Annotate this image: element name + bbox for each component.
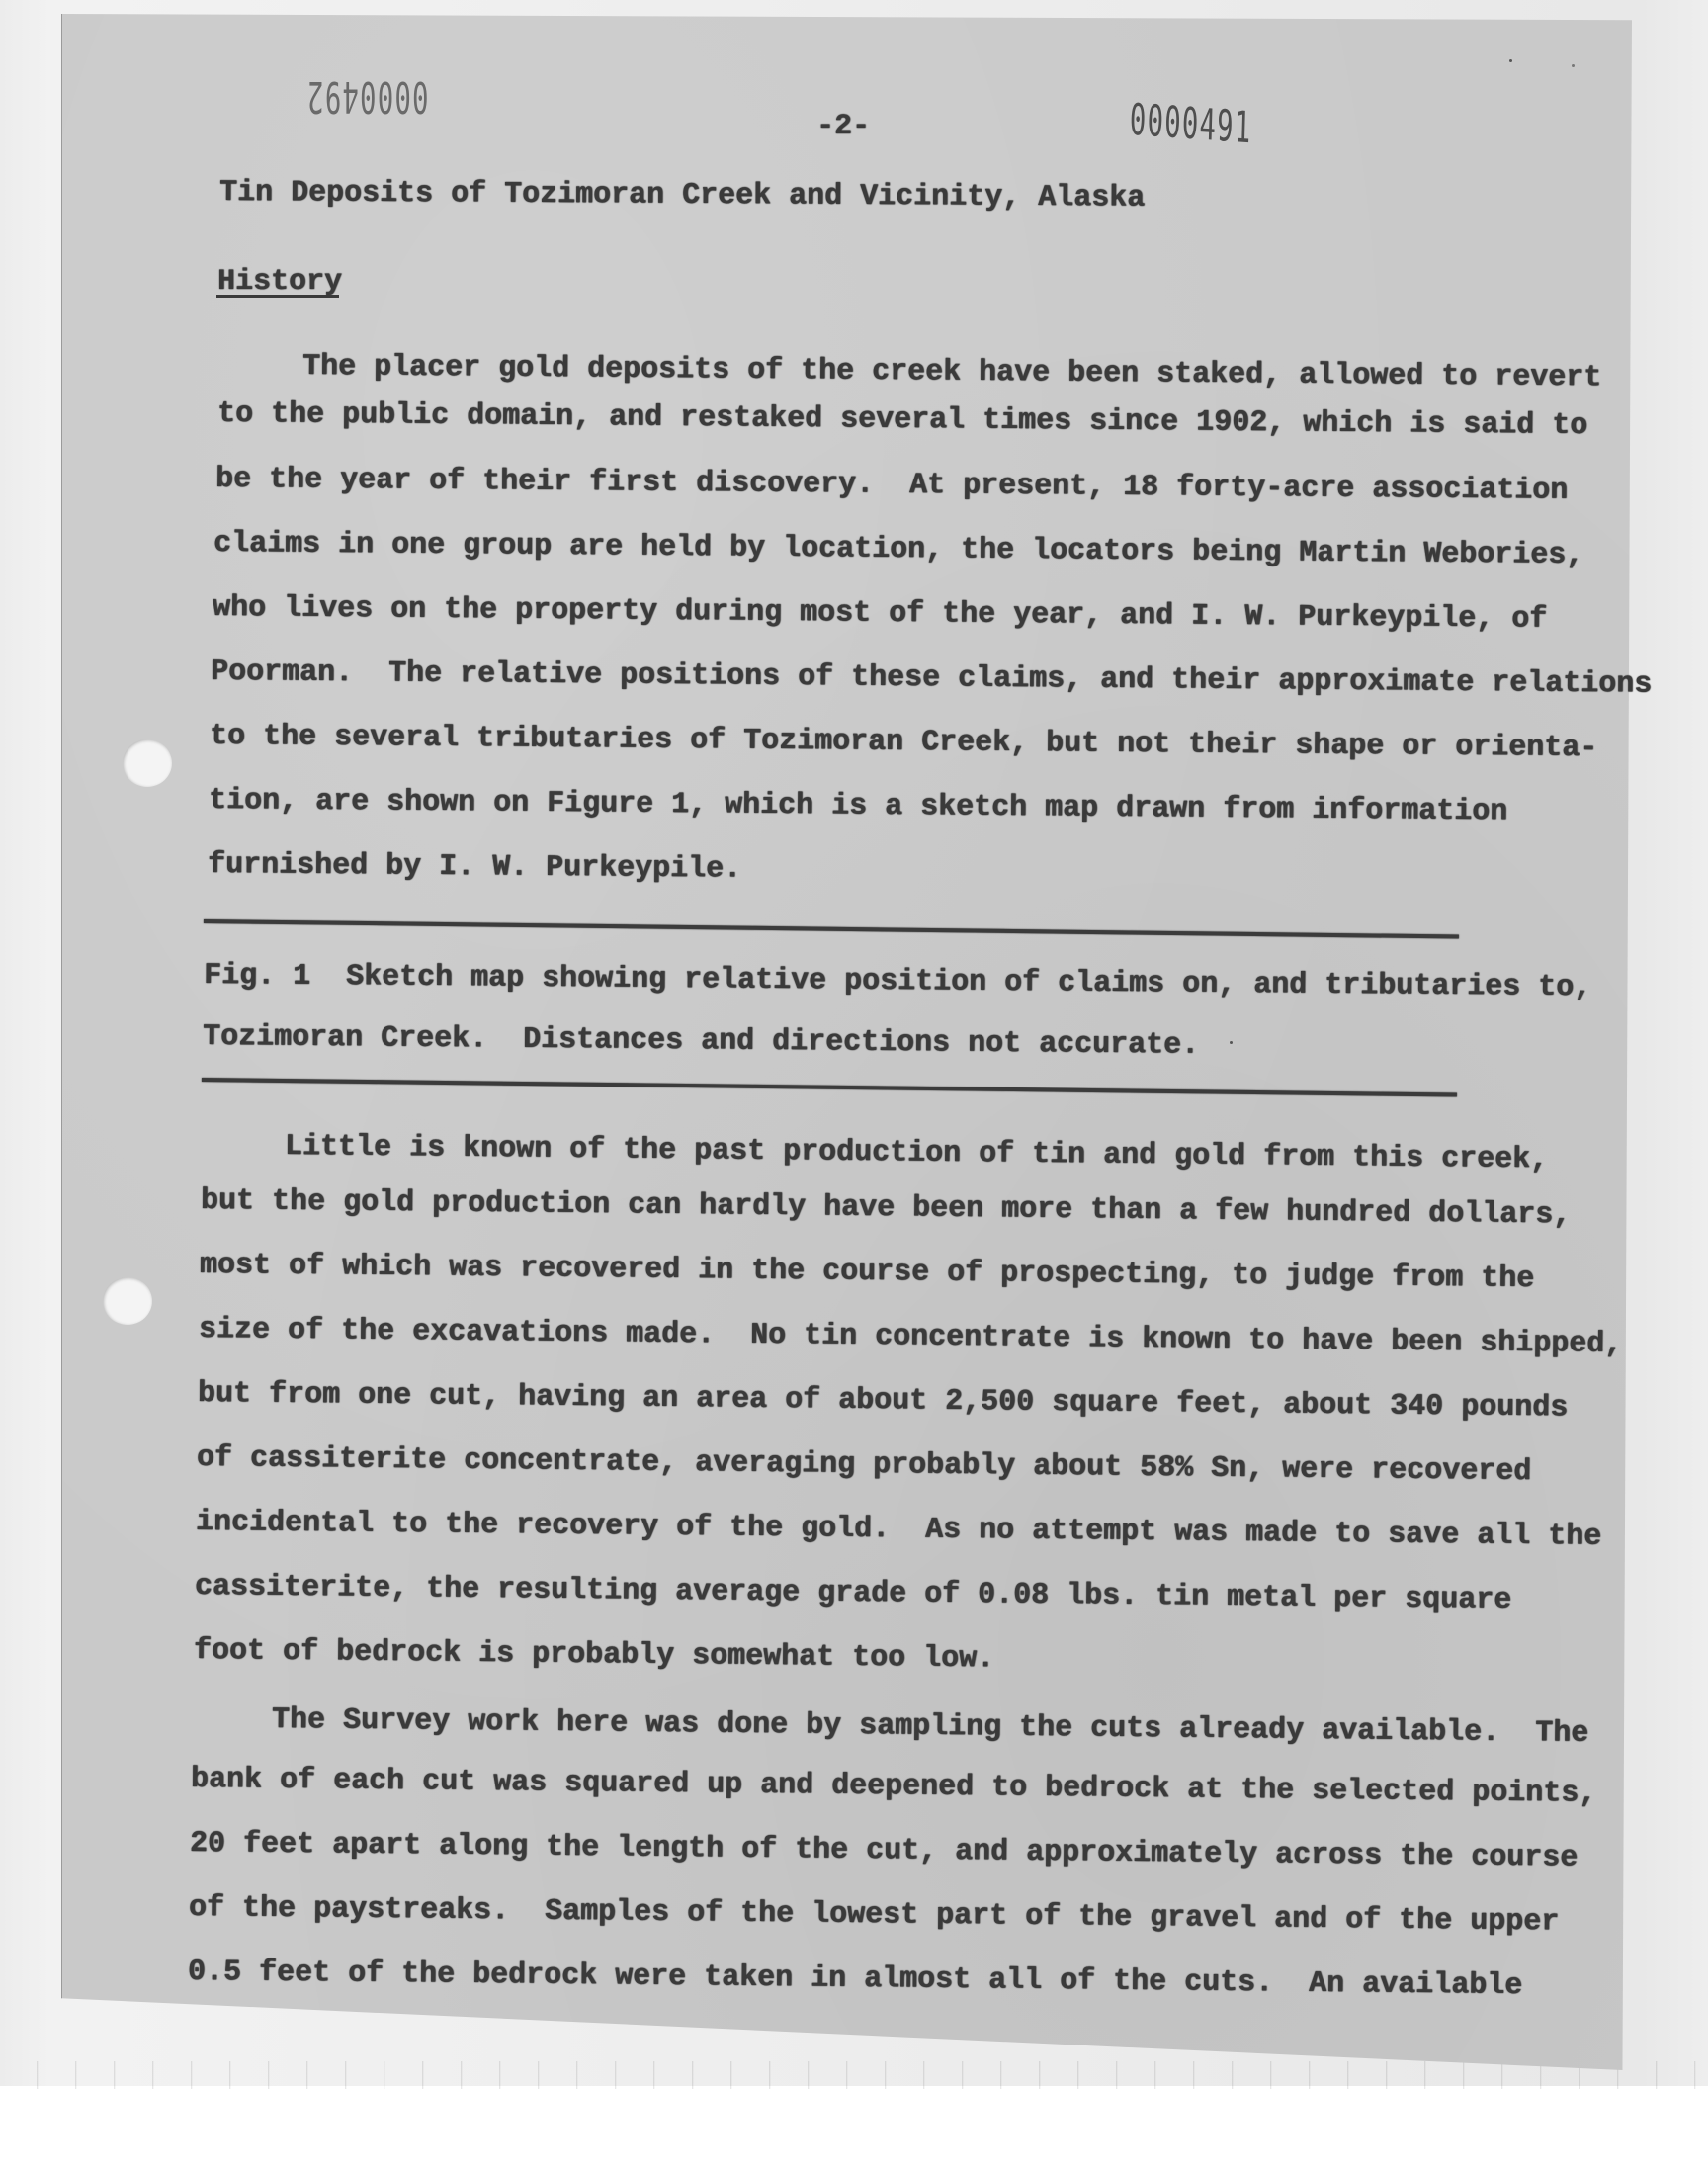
caption-line: Tozimoran Creek. Distances and direction… xyxy=(203,1022,1199,1061)
stamp-number-upside-down: 0000492 xyxy=(306,71,429,122)
punch-hole-icon xyxy=(103,1277,152,1325)
paper-speck xyxy=(1572,64,1575,67)
page-number: -2- xyxy=(816,112,870,141)
section-heading-history: History xyxy=(217,267,342,297)
stamp-number: 0000491 xyxy=(1129,95,1252,154)
document-title: Tin Deposits of Tozimoran Creek and Vici… xyxy=(219,178,1145,214)
scanner-streaks xyxy=(0,2061,1708,2089)
text-line: furnished by I. W. Purkeypile. xyxy=(208,850,741,885)
punch-hole-icon xyxy=(123,739,172,787)
heading-underline xyxy=(216,295,339,298)
paper-speck xyxy=(1509,59,1512,62)
paper-speck xyxy=(1230,1041,1233,1044)
text-line: foot of bedrock is probably somewhat too… xyxy=(194,1636,994,1674)
